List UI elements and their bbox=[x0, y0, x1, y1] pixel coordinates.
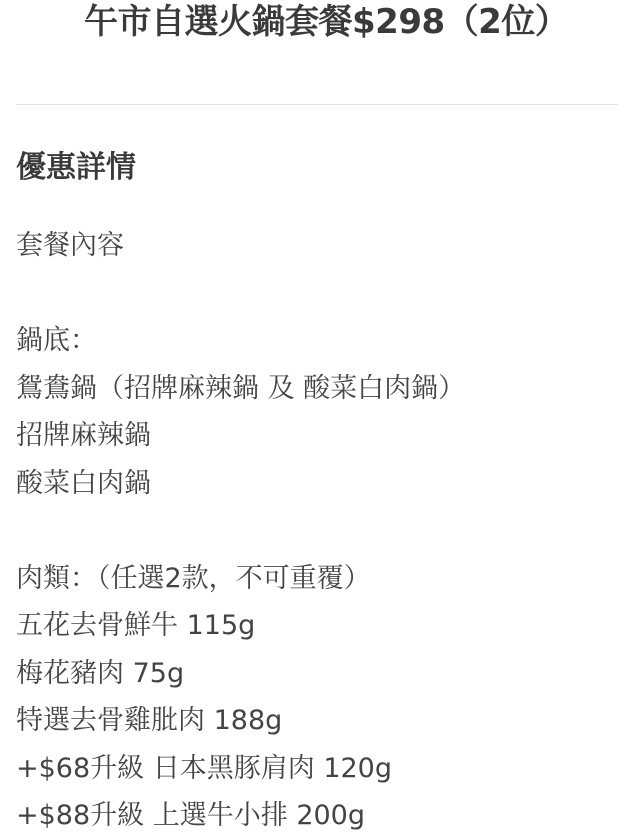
meat-item: 特選去骨雞肶肉 188g bbox=[16, 697, 465, 745]
meat-item: 五花去骨鮮牛 115g bbox=[16, 602, 465, 650]
soup-base-item: 招牌麻辣鍋 bbox=[16, 412, 465, 460]
meat-label: 肉類：（任選2款，不可重覆） bbox=[16, 555, 465, 603]
soup-base-label: 鍋底： bbox=[16, 317, 465, 365]
package-label: 套餐內容 bbox=[16, 222, 465, 270]
divider bbox=[16, 104, 618, 105]
soup-base-item: 酸菜白肉鍋 bbox=[16, 460, 465, 508]
offer-details-content: 套餐內容 鍋底： 鴛鴦鍋（招牌麻辣鍋 及 酸菜白肉鍋） 招牌麻辣鍋 酸菜白肉鍋 … bbox=[16, 222, 465, 840]
section-heading-offer-details: 優惠詳情 bbox=[16, 148, 136, 188]
spacer bbox=[16, 507, 465, 555]
soup-base-item: 鴛鴦鍋（招牌麻辣鍋 及 酸菜白肉鍋） bbox=[16, 365, 465, 413]
meat-item: +$68升級 日本黑豚肩肉 120g bbox=[16, 745, 465, 793]
meat-item: 梅花豬肉 75g bbox=[16, 650, 465, 698]
spacer bbox=[16, 270, 465, 318]
page-title: 午市自選火鍋套餐$298（2位） bbox=[84, 0, 568, 44]
meat-item: +$88升級 上選牛小排 200g bbox=[16, 792, 465, 840]
